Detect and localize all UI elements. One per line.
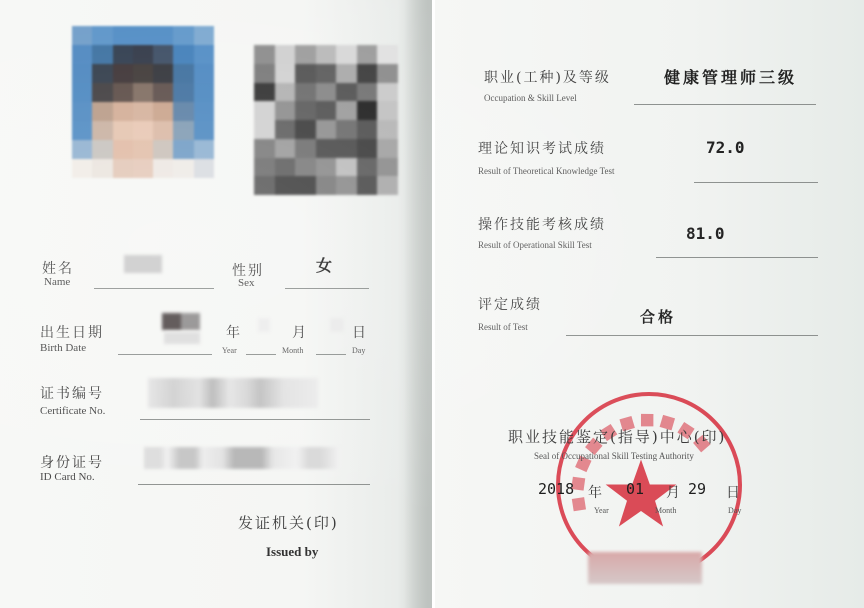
id-card-underline xyxy=(138,484,370,485)
issuer-label-cn: 发证机关(印) xyxy=(238,512,339,533)
pixel-cell xyxy=(295,64,316,83)
seal-bottom-redacted xyxy=(588,552,702,584)
pixel-cell xyxy=(72,121,92,140)
birth-year-en: Year xyxy=(222,346,237,355)
pixel-cell xyxy=(316,139,337,158)
pixel-cell xyxy=(194,83,214,102)
issue-month-en: Month xyxy=(655,506,676,515)
pixel-cell xyxy=(254,83,275,102)
spine-highlight xyxy=(432,0,435,608)
pixel-cell xyxy=(153,45,173,64)
pixel-cell xyxy=(194,64,214,83)
pixel-cell xyxy=(377,139,398,158)
certificate-no-label-cn: 证书编号 xyxy=(40,383,104,403)
pixel-cell xyxy=(336,176,357,195)
pixel-cell xyxy=(336,64,357,83)
birth-year-redacted xyxy=(162,313,200,330)
theory-score: 72.0 xyxy=(706,138,745,157)
theory-underline xyxy=(694,182,818,183)
birth-month-underline xyxy=(246,354,276,355)
theory-label-en: Result of Theoretical Knowledge Test xyxy=(478,166,615,176)
certificate-no-redacted xyxy=(148,378,318,408)
certificate-no-label-en: Certificate No. xyxy=(40,405,105,417)
pixel-cell xyxy=(173,159,193,178)
issue-year: 2018 xyxy=(538,480,574,498)
pixel-cell xyxy=(357,120,378,139)
occupation-underline xyxy=(634,104,816,105)
birth-day-cn: 日 xyxy=(352,322,368,342)
pixel-cell xyxy=(336,45,357,64)
name-underline xyxy=(94,288,214,289)
pixel-cell xyxy=(133,64,153,83)
birth-month-cn: 月 xyxy=(292,322,308,342)
pixel-cell xyxy=(133,45,153,64)
pixel-cell xyxy=(254,45,275,64)
id-card-label-cn: 身份证号 xyxy=(40,452,104,472)
pixel-cell xyxy=(275,120,296,139)
pixel-cell xyxy=(194,140,214,159)
result-value: 合格 xyxy=(640,306,676,327)
birth-year-cn: 年 xyxy=(226,322,242,342)
pixel-cell xyxy=(254,139,275,158)
pixel-cell xyxy=(153,140,173,159)
pixel-cell xyxy=(133,26,153,45)
birth-year-redacted-lower xyxy=(164,332,200,344)
pixel-cell xyxy=(336,101,357,120)
pixel-cell xyxy=(194,26,214,45)
pixel-cell xyxy=(194,102,214,121)
id-card-label-en: ID Card No. xyxy=(40,471,95,483)
pixel-cell xyxy=(295,83,316,102)
pixel-cell xyxy=(72,102,92,121)
pixel-cell xyxy=(92,64,112,83)
pixel-cell xyxy=(133,102,153,121)
name-label-cn: 姓名 xyxy=(42,258,74,278)
pixel-cell xyxy=(336,120,357,139)
pixel-cell xyxy=(113,64,133,83)
sex-value: 女 xyxy=(316,253,335,276)
pixel-cell xyxy=(113,102,133,121)
pixel-cell xyxy=(133,159,153,178)
pixel-cell xyxy=(295,158,316,177)
pixel-cell xyxy=(295,45,316,64)
pixel-cell xyxy=(357,64,378,83)
operational-score: 81.0 xyxy=(686,224,725,243)
pixel-cell xyxy=(275,176,296,195)
birth-day-underline xyxy=(316,354,346,355)
pixel-cell xyxy=(316,45,337,64)
pixel-cell xyxy=(153,26,173,45)
sex-underline xyxy=(285,288,369,289)
pixel-cell xyxy=(275,83,296,102)
pixel-cell xyxy=(377,83,398,102)
pixel-cell xyxy=(113,159,133,178)
pixel-cell xyxy=(316,64,337,83)
pixel-cell xyxy=(92,26,112,45)
pixel-cell xyxy=(295,120,316,139)
pixel-cell xyxy=(92,102,112,121)
pixel-cell xyxy=(133,140,153,159)
name-value-redacted xyxy=(124,255,162,273)
book-spine xyxy=(404,0,434,608)
pixel-cell xyxy=(173,45,193,64)
pixel-cell xyxy=(295,101,316,120)
pixel-cell xyxy=(194,159,214,178)
pixel-cell xyxy=(254,176,275,195)
issue-month: 01 xyxy=(626,480,644,498)
pixel-cell xyxy=(275,101,296,120)
pixel-cell xyxy=(133,121,153,140)
id-photo-icon xyxy=(72,26,214,178)
pixel-cell xyxy=(357,176,378,195)
pixel-cell xyxy=(113,45,133,64)
pixel-cell xyxy=(254,158,275,177)
pixel-cell xyxy=(92,83,112,102)
pixel-cell xyxy=(316,83,337,102)
pixel-cell xyxy=(133,83,153,102)
pixel-cell xyxy=(92,140,112,159)
pixel-cell xyxy=(173,121,193,140)
occupation-value: 健康管理师三级 xyxy=(664,65,797,88)
pixel-cell xyxy=(72,45,92,64)
pixel-cell xyxy=(153,121,173,140)
pixel-cell xyxy=(316,101,337,120)
pixel-cell xyxy=(113,140,133,159)
pixel-cell xyxy=(336,83,357,102)
pixel-cell xyxy=(377,64,398,83)
name-label-en: Name xyxy=(44,276,70,288)
pixel-cell xyxy=(377,45,398,64)
pixel-cell xyxy=(357,139,378,158)
operational-label-en: Result of Operational Skill Test xyxy=(478,240,592,250)
birth-month-redacted xyxy=(258,318,270,332)
pixel-cell xyxy=(153,159,173,178)
result-underline xyxy=(566,335,818,336)
birth-day-redacted xyxy=(330,318,344,332)
pixel-cell xyxy=(92,45,112,64)
pixel-cell xyxy=(92,159,112,178)
pixel-cell xyxy=(377,158,398,177)
pixel-cell xyxy=(377,101,398,120)
pixel-cell xyxy=(336,158,357,177)
id-card-redacted xyxy=(144,447,340,469)
pixel-cell xyxy=(357,45,378,64)
pixel-cell xyxy=(275,45,296,64)
pixel-cell xyxy=(357,101,378,120)
issue-year-cn: 年 xyxy=(588,482,604,502)
pixel-cell xyxy=(72,26,92,45)
birth-date-label-en: Birth Date xyxy=(40,342,86,354)
pixel-cell xyxy=(194,45,214,64)
pixel-cell xyxy=(295,176,316,195)
pixel-cell xyxy=(194,121,214,140)
theory-label-cn: 理论知识考试成绩 xyxy=(478,138,606,158)
pixel-cell xyxy=(173,26,193,45)
pixel-cell xyxy=(72,140,92,159)
birth-day-en: Day xyxy=(352,346,365,355)
pixel-cell xyxy=(173,102,193,121)
pixel-cell xyxy=(357,158,378,177)
pixel-cell xyxy=(92,121,112,140)
pixel-cell xyxy=(275,64,296,83)
pixel-cell xyxy=(153,83,173,102)
pixel-cell xyxy=(113,83,133,102)
pixel-cell xyxy=(254,64,275,83)
operational-label-cn: 操作技能考核成绩 xyxy=(478,214,606,234)
occupation-label-en: Occupation & Skill Level xyxy=(484,93,577,103)
pixel-cell xyxy=(113,26,133,45)
pixel-cell xyxy=(173,64,193,83)
pixel-cell xyxy=(316,158,337,177)
birth-year-underline xyxy=(118,354,212,355)
pixel-cell xyxy=(153,64,173,83)
pixel-cell xyxy=(377,176,398,195)
pixel-cell xyxy=(173,140,193,159)
issue-month-cn: 月 xyxy=(666,482,682,502)
issue-day-cn: 日 xyxy=(726,482,742,502)
authority-label-cn: 职业技能鉴定(指导)中心(印) xyxy=(508,426,726,447)
pixel-cell xyxy=(275,158,296,177)
pixel-cell xyxy=(254,101,275,120)
result-label-cn: 评定成绩 xyxy=(478,294,542,314)
pixel-cell xyxy=(153,102,173,121)
occupation-label-cn: 职业(工种)及等级 xyxy=(484,67,611,87)
birth-month-en: Month xyxy=(282,346,303,355)
pixel-cell xyxy=(336,139,357,158)
pixel-cell xyxy=(72,159,92,178)
pixel-cell xyxy=(377,120,398,139)
issue-day-en: Day xyxy=(728,506,741,515)
pixel-cell xyxy=(72,64,92,83)
pixel-cell xyxy=(72,83,92,102)
pixel-cell xyxy=(357,83,378,102)
pixel-cell xyxy=(113,121,133,140)
birth-date-label-cn: 出生日期 xyxy=(40,322,104,342)
certificate-no-underline xyxy=(140,419,370,420)
result-label-en: Result of Test xyxy=(478,322,528,332)
issue-year-en: Year xyxy=(594,506,609,515)
operational-underline xyxy=(656,257,818,258)
pixel-cell xyxy=(316,120,337,139)
pixel-cell xyxy=(316,176,337,195)
issue-day: 29 xyxy=(688,480,706,498)
pixel-cell xyxy=(173,83,193,102)
pixel-cell xyxy=(254,120,275,139)
issuer-label-en: Issued by xyxy=(266,544,318,560)
pixel-cell xyxy=(275,139,296,158)
qr-code-icon xyxy=(254,45,398,195)
sex-label-en: Sex xyxy=(238,277,255,289)
pixel-cell xyxy=(295,139,316,158)
